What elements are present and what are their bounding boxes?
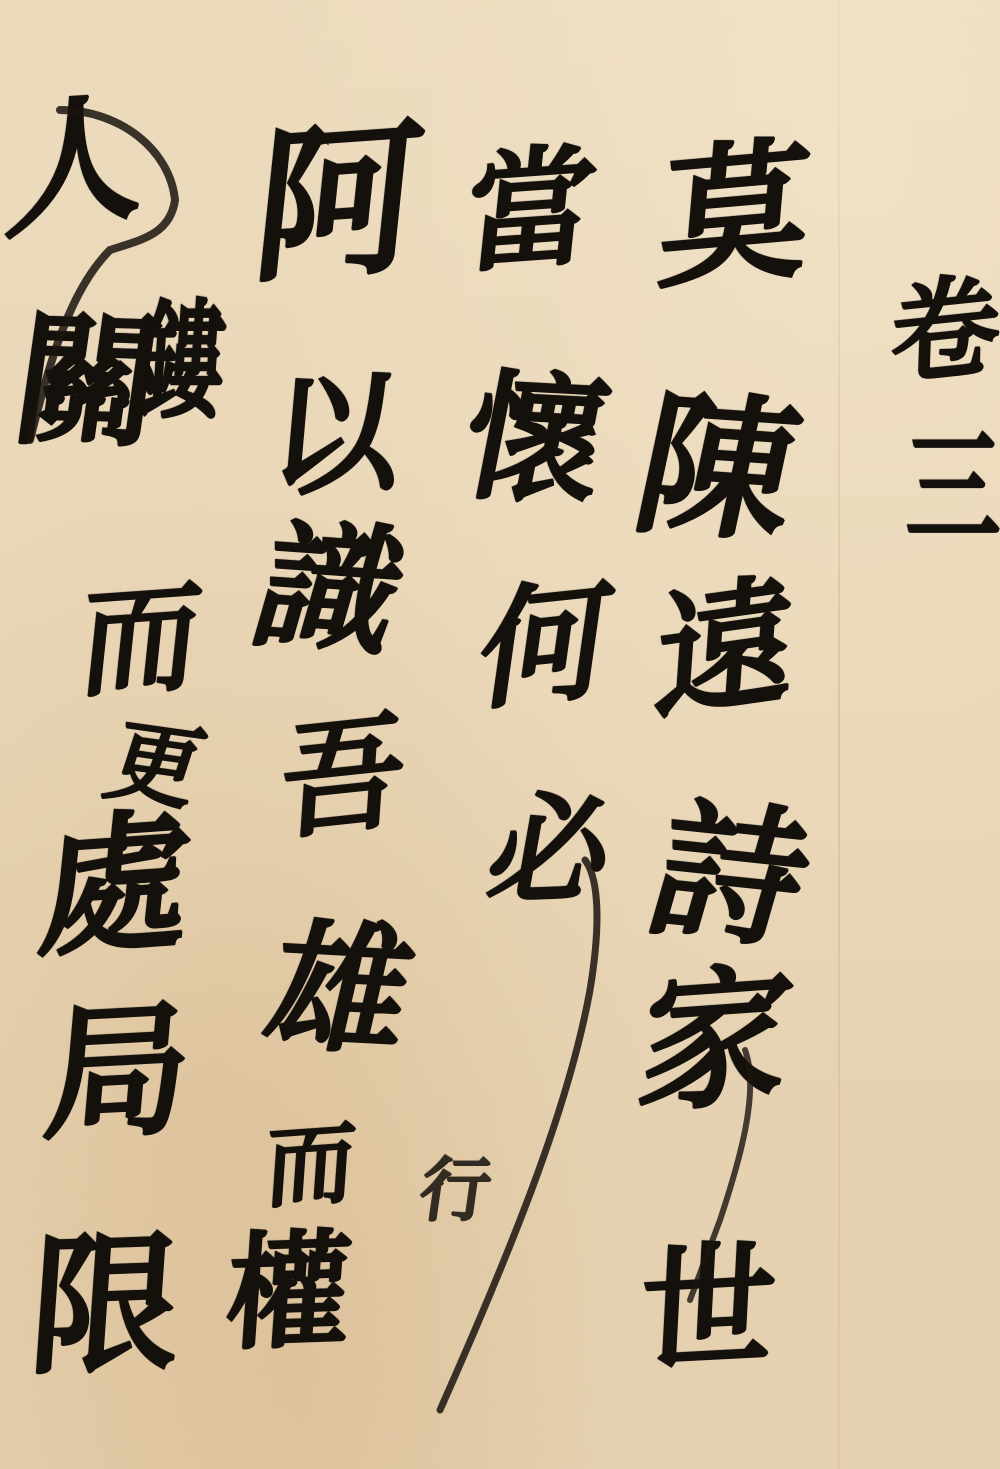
glyph-xian: 限 (25, 1227, 185, 1383)
glyph-ren: 人 (1, 81, 149, 249)
glyph-chu: 處 (32, 804, 198, 966)
glyph-huai: 懷 (452, 367, 619, 513)
paper-crease (838, 0, 840, 1469)
glyph-title-juan: 卷 (888, 269, 1000, 392)
glyph-er-2: 而 (74, 575, 206, 705)
glyph-yi: 以 (264, 366, 405, 504)
glyph-a: 阿 (246, 113, 428, 291)
glyph-title-san: 三 (905, 426, 1000, 550)
glyph-er: 而 (262, 1117, 358, 1214)
glyph-wu: 吾 (276, 708, 409, 848)
glyph-jia: 家 (630, 959, 801, 1121)
glyph-quan: 權 (221, 1228, 355, 1358)
glyph-chen: 陳 (624, 386, 811, 550)
glyph-lou: 鏤 (136, 299, 230, 427)
tail-stroke-col3 (440, 860, 597, 1410)
glyph-ju: 局 (39, 996, 197, 1149)
glyph-mo: 莫 (654, 133, 817, 298)
glyph-xing-small: 行 (415, 1155, 495, 1225)
glyph-shi: 詩 (634, 794, 825, 956)
glyph-dang: 當 (458, 140, 601, 280)
glyph-bi: 必 (479, 787, 620, 912)
glyph-xiong: 雄 (254, 917, 426, 1063)
glyph-shi-world: 世 (637, 1236, 779, 1379)
glyph-he: 何 (471, 572, 619, 718)
glyph-shi-know: 識 (240, 516, 419, 663)
glyph-yuan: 遠 (651, 569, 800, 731)
